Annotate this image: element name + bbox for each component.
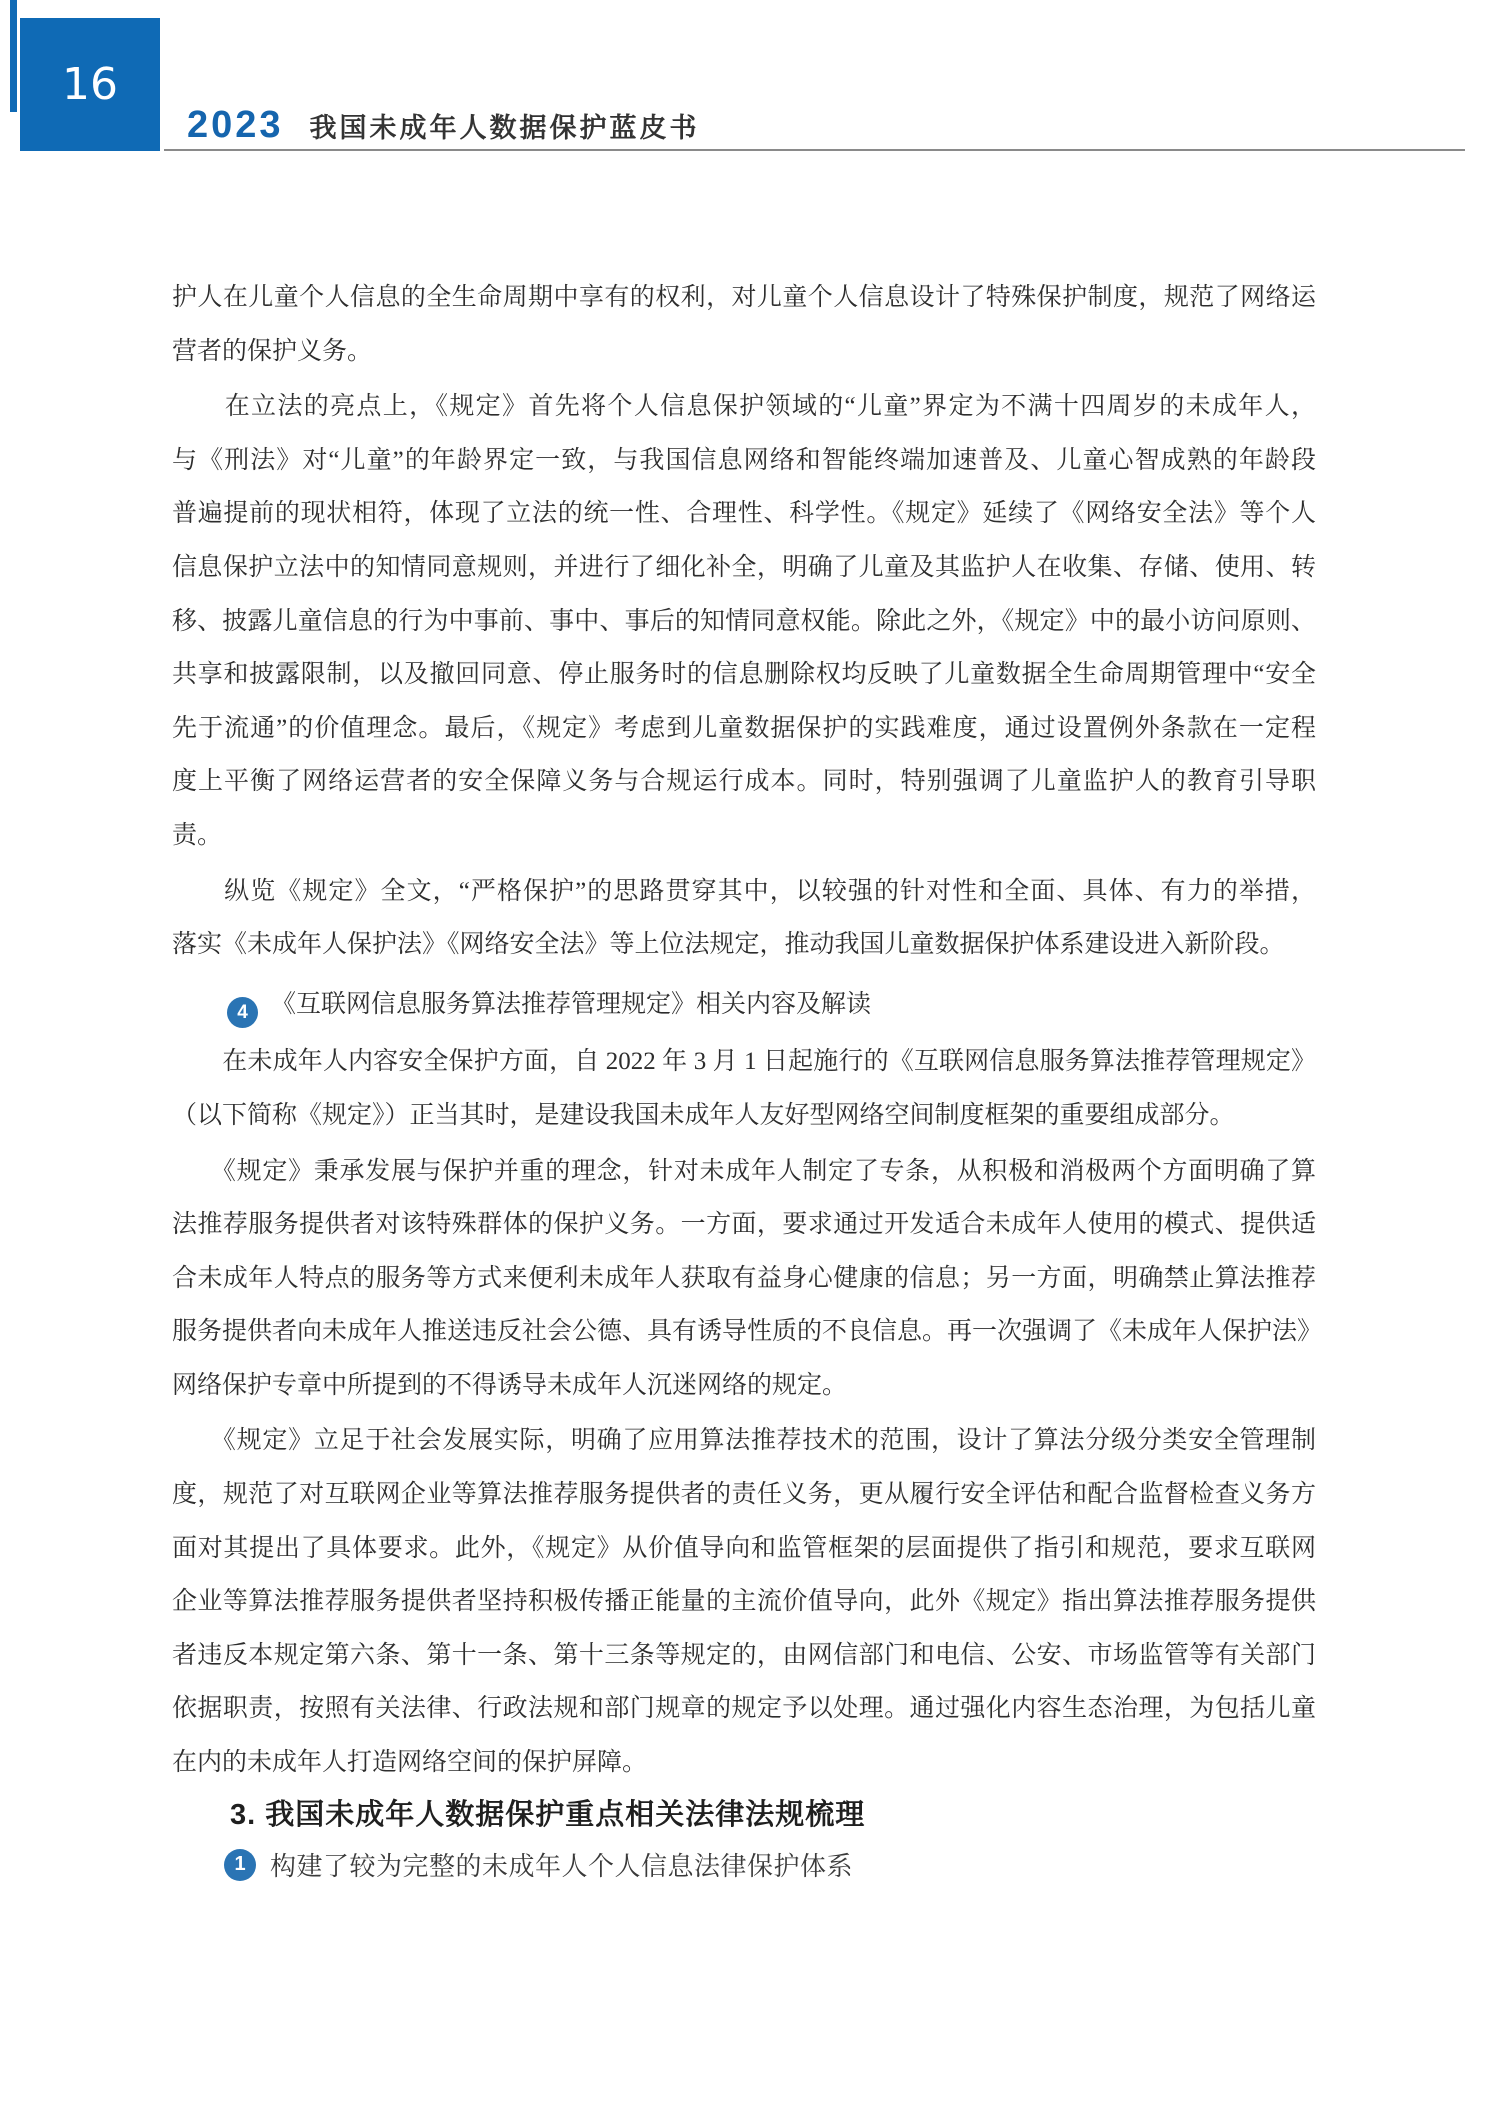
text-line: 《规定》立足于社会发展实际，明确了应用算法推荐技术的范围，设计了算法分级分类安全…: [172, 1414, 1316, 1468]
text-line: 在立法的亮点上，《规定》首先将个人信息保护领域的“儿童”界定为不满十四周岁的未成…: [172, 380, 1316, 434]
text-line: 在内的未成年人打造网络空间的保护屏障。: [172, 1736, 1316, 1790]
text-line: 信息保护立法中的知情同意规则，并进行了细化补全，明确了儿童及其监护人在收集、存储…: [172, 541, 1316, 595]
item-number-badge-4: 4: [227, 997, 258, 1028]
text-line: （以下简称《规定》）正当其时，是建设我国未成年人友好型网络空间制度框架的重要组成…: [172, 1089, 1316, 1143]
page-number: 16: [62, 63, 118, 107]
sub-item-text: 构建了较为完整的未成年人个人信息法律保护体系: [270, 1846, 853, 1883]
page-edge-accent-bar: [10, 0, 17, 112]
text-line: 面对其提出了具体要求。此外，《规定》从价值导向和监管框架的层面提供了指引和规范，…: [172, 1522, 1316, 1576]
text-line: 度上平衡了网络运营者的安全保障义务与合规运行成本。同时，特别强调了儿童监护人的教…: [172, 755, 1316, 862]
header-book-title: 我国未成年人数据保护蓝皮书: [310, 106, 700, 145]
sub-item-line: 1 构建了较为完整的未成年人个人信息法律保护体系: [224, 1846, 853, 1883]
text-line: 者违反本规定第六条、第十一条、第十三条等规定的，由网信部门和电信、公安、市场监管…: [172, 1629, 1316, 1683]
header-year: 2023: [187, 104, 284, 147]
text-line: 营者的保护义务。: [172, 325, 1316, 379]
text-line: 服务提供者向未成年人推送违反社会公德、具有诱导性质的不良信息。再一次强调了《未成…: [172, 1305, 1316, 1359]
text-line: 护人在儿童个人信息的全生命周期中享有的权利，对儿童个人信息设计了特殊保护制度，规…: [172, 271, 1316, 325]
text-line: 企业等算法推荐服务提供者坚持积极传播正能量的主流价值导向，此外《规定》指出算法推…: [172, 1575, 1316, 1629]
text-line: 共享和披露限制，以及撤回同意、停止服务时的信息删除权均反映了儿童数据全生命周期管…: [172, 648, 1316, 702]
paragraph: 纵览《规定》全文，“严格保护”的思路贯穿其中，以较强的针对性和全面、具体、有力的…: [172, 865, 1316, 972]
header-divider-rule: [164, 149, 1465, 151]
body-text: 护人在儿童个人信息的全生命周期中享有的权利，对儿童个人信息设计了特殊保护制度，规…: [172, 271, 1316, 1792]
page-header: 2023 我国未成年人数据保护蓝皮书: [187, 104, 700, 147]
text-line: 合未成年人特点的服务等方式来便利未成年人获取有益身心健康的信息；另一方面，明确禁…: [172, 1252, 1316, 1306]
text-line: 在未成年人内容安全保护方面，自 2022 年 3 月 1 日起施行的《互联网信息…: [172, 1035, 1316, 1089]
paragraph: 《规定》秉承发展与保护并重的理念，针对未成年人制定了专条，从积极和消极两个方面明…: [172, 1145, 1316, 1413]
text-line: 移、披露儿童信息的行为中事前、事中、事后的知情同意权能。除此之外，《规定》中的最…: [172, 595, 1316, 649]
text-line: 依据职责，按照有关法律、行政法规和部门规章的规定予以处理。通过强化内容生态治理，…: [172, 1682, 1316, 1736]
text-line: 度，规范了对互联网企业等算法推荐服务提供者的责任义务，更从履行安全评估和配合监督…: [172, 1468, 1316, 1522]
text-line: 网络保护专章中所提到的不得诱导未成年人沉迷网络的规定。: [172, 1359, 1316, 1413]
numbered-item-line: 4《互联网信息服务算法推荐管理规定》相关内容及解读: [172, 978, 1316, 1032]
text-line: 《规定》秉承发展与保护并重的理念，针对未成年人制定了专条，从积极和消极两个方面明…: [172, 1145, 1316, 1199]
page-number-box: 16: [20, 18, 160, 151]
paragraph: 护人在儿童个人信息的全生命周期中享有的权利，对儿童个人信息设计了特殊保护制度，规…: [172, 271, 1316, 378]
text-line: 落实《未成年人保护法》《网络安全法》等上位法规定，推动我国儿童数据保护体系建设进…: [172, 918, 1316, 972]
paragraph: 《规定》立足于社会发展实际，明确了应用算法推荐技术的范围，设计了算法分级分类安全…: [172, 1414, 1316, 1789]
text-line: 法推荐服务提供者对该特殊群体的保护义务。一方面，要求通过开发适合未成年人使用的模…: [172, 1198, 1316, 1252]
text-line: 与《刑法》对“儿童”的年龄界定一致，与我国信息网络和智能终端加速普及、儿童心智成…: [172, 434, 1316, 488]
text-line: 先于流通”的价值理念。最后，《规定》考虑到儿童数据保护的实践难度，通过设置例外条…: [172, 702, 1316, 756]
document-page: 16 2023 我国未成年人数据保护蓝皮书 护人在儿童个人信息的全生命周期中享有…: [0, 0, 1500, 2104]
paragraph: 在立法的亮点上，《规定》首先将个人信息保护领域的“儿童”界定为不满十四周岁的未成…: [172, 380, 1316, 862]
text-line: 普遍提前的现状相符，体现了立法的统一性、合理性、科学性。《规定》延续了《网络安全…: [172, 487, 1316, 541]
item-number-badge-1: 1: [224, 1849, 256, 1881]
text-line: 纵览《规定》全文，“严格保护”的思路贯穿其中，以较强的针对性和全面、具体、有力的…: [172, 865, 1316, 919]
section-heading: 3. 我国未成年人数据保护重点相关法律法规梳理: [230, 1792, 865, 1833]
paragraph: 在未成年人内容安全保护方面，自 2022 年 3 月 1 日起施行的《互联网信息…: [172, 1035, 1316, 1142]
numbered-item-text: 《互联网信息服务算法推荐管理规定》相关内容及解读: [271, 991, 871, 1018]
